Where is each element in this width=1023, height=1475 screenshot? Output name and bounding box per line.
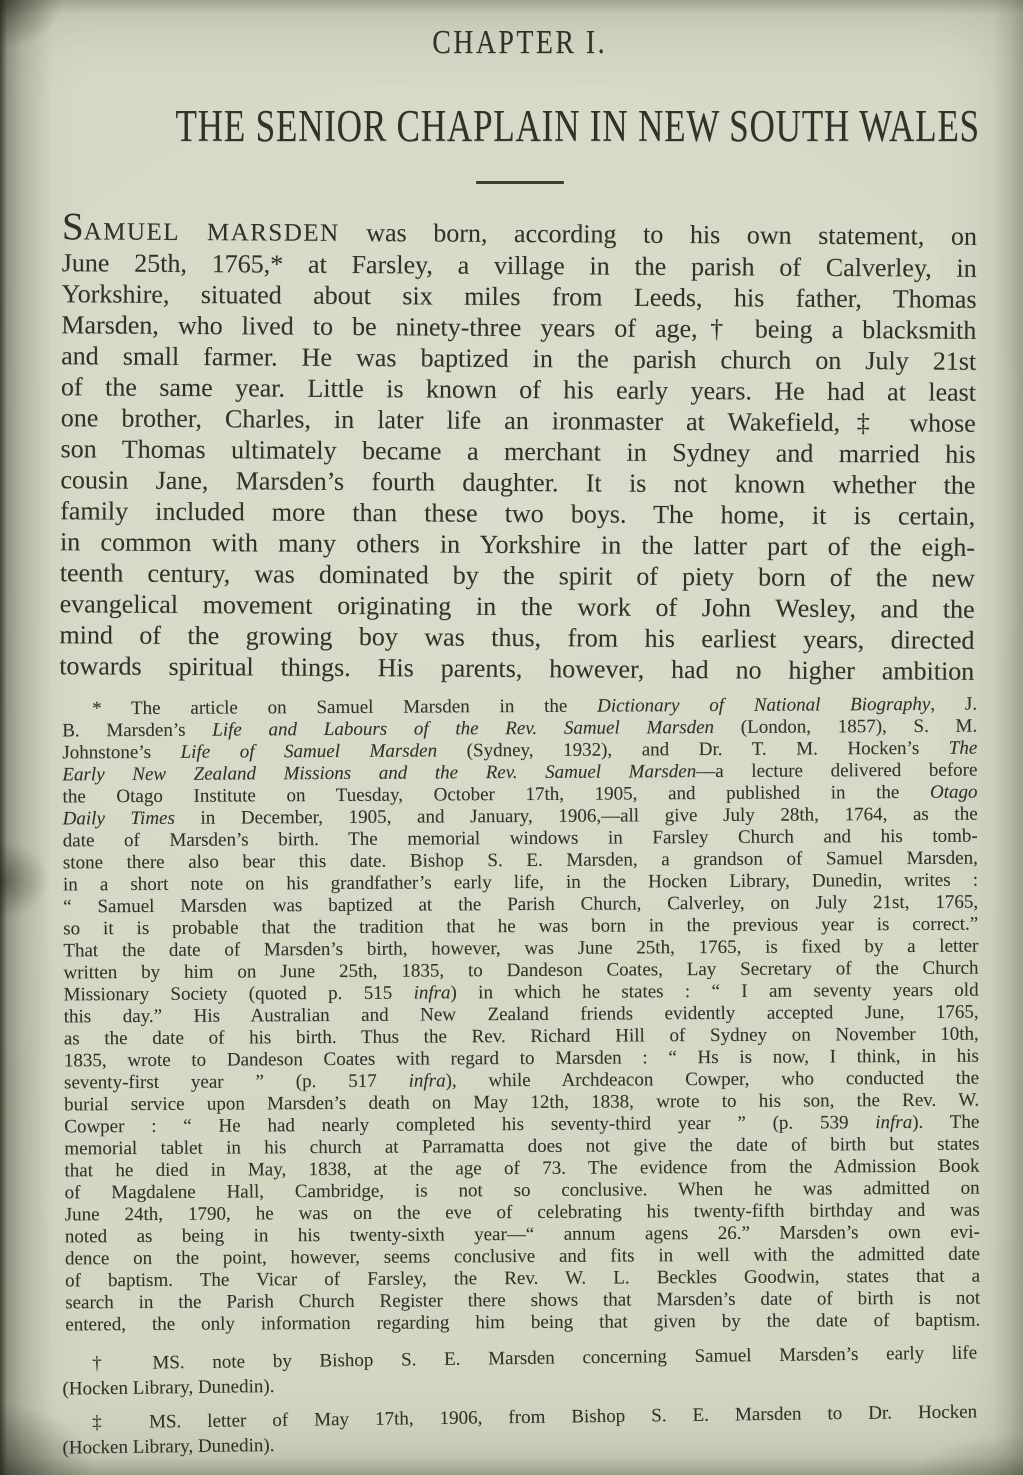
text-run: (Hocken Library, Dunedin). [62,1376,274,1400]
text-run: S [62,205,84,248]
text-run: was born, according to his own statement… [340,218,977,251]
title-rule [476,181,564,184]
text-run: (London, 1857), S. M. [714,716,977,738]
text-line: towards spiritual things. His parents, h… [59,650,974,687]
body-paragraph: SAMUEL MARSDEN was born, according to hi… [59,215,977,687]
text-run: of the same year. Little is known of his… [61,372,976,407]
text-run: (Hocken Library, Dunedin). [62,1435,274,1459]
text-run: infra [875,1112,912,1133]
text-run: Johnstone’s [62,742,180,764]
text-run: June 25th, 1765, [62,248,271,278]
text-run: , J. [930,694,977,715]
text-run: Life and Labours of the Rev. Samuel Mars… [212,717,714,741]
text-run: entered, the only information regarding … [65,1310,980,1336]
text-run: in common with many others in Yorkshire … [60,527,975,562]
footnote-star: * The article on Samuel Marsden in the D… [62,694,980,1337]
text-run: B. Marsden’s [62,720,212,742]
text-run: evangelical movement originating in the … [60,589,975,624]
footnote-dagger: † MS. note by Bishop S. E. Marsden conce… [62,1340,978,1401]
text-run: Dictionary of National Biography [597,694,930,717]
text-run: —a lecture delivered before [696,760,977,782]
text-run: ). The [912,1112,979,1133]
book-page: CHAPTER I. THE SENIOR CHAPLAIN IN NEW SO… [0,0,1023,1475]
text-run: Early New Zealand Missions and the Rev. … [62,761,696,785]
footnote-double-dagger: ‡ MS. letter of May 17th, 1906, from Bis… [62,1399,978,1460]
text-run: Life of Samuel Marsden [180,740,437,762]
text-run: teenth century, was dominated by the spi… [60,558,975,593]
text-run: ) in which he states : “ I am seventy ye… [450,980,978,1004]
text-run: one brother, Charles, in later life an i… [61,403,976,438]
text-run: Otago [930,782,978,803]
chapter-heading: CHAPTER I. [432,24,607,62]
text-run: Marsden, who lived to be ninety-three ye… [61,310,976,345]
text-run: and small farmer. He was baptized in the… [61,341,976,376]
chapter-heading-row: CHAPTER I. [62,24,977,64]
text-run: at Farsley, a village in the parish of C… [283,250,977,283]
text-run: ), while Archdeacon Cowper, who conducte… [445,1068,979,1092]
text-run: in December, 1905, and January, 1906,—al… [175,804,978,829]
text-line: entered, the only information regarding … [65,1310,980,1337]
text-run: son Thomas ultimately became a merchant … [60,434,975,469]
text-run: The article on Samuel Marsden in the [102,696,598,720]
text-run: towards spiritual things. His parents, h… [59,651,974,686]
text-run: seventy-first year ” (p. 517 [64,1071,409,1094]
text-run: family included more than these two boys… [60,496,975,531]
text-run: Daily Times [63,808,175,830]
text-run: AMUEL MARSDEN [84,218,340,247]
chapter-title: THE SENIOR CHAPLAIN IN NEW SOUTH WALES [175,100,979,152]
text-run: * [270,249,283,278]
text-run: Missionary Society (quoted p. 515 [64,983,414,1006]
text-run: Yorkshire, situated about six miles from… [61,279,976,314]
text-run: cousin Jane, Marsden’s fourth daughter. … [60,465,975,500]
text-run: infra [409,1070,446,1091]
page-content: CHAPTER I. THE SENIOR CHAPLAIN IN NEW SO… [62,0,977,1455]
text-run: (Sydney, 1932), and Dr. T. M. Hocken’s [437,738,949,762]
text-run: The [949,738,978,759]
text-run: infra [413,982,450,1003]
chapter-title-row: THE SENIOR CHAPLAIN IN NEW SOUTH WALES [62,100,977,154]
text-run: mind of the growing boy was thus, from h… [59,620,974,655]
text-run: * [92,698,102,719]
text-run: Cowper : “ He had nearly completed his s… [64,1112,875,1137]
